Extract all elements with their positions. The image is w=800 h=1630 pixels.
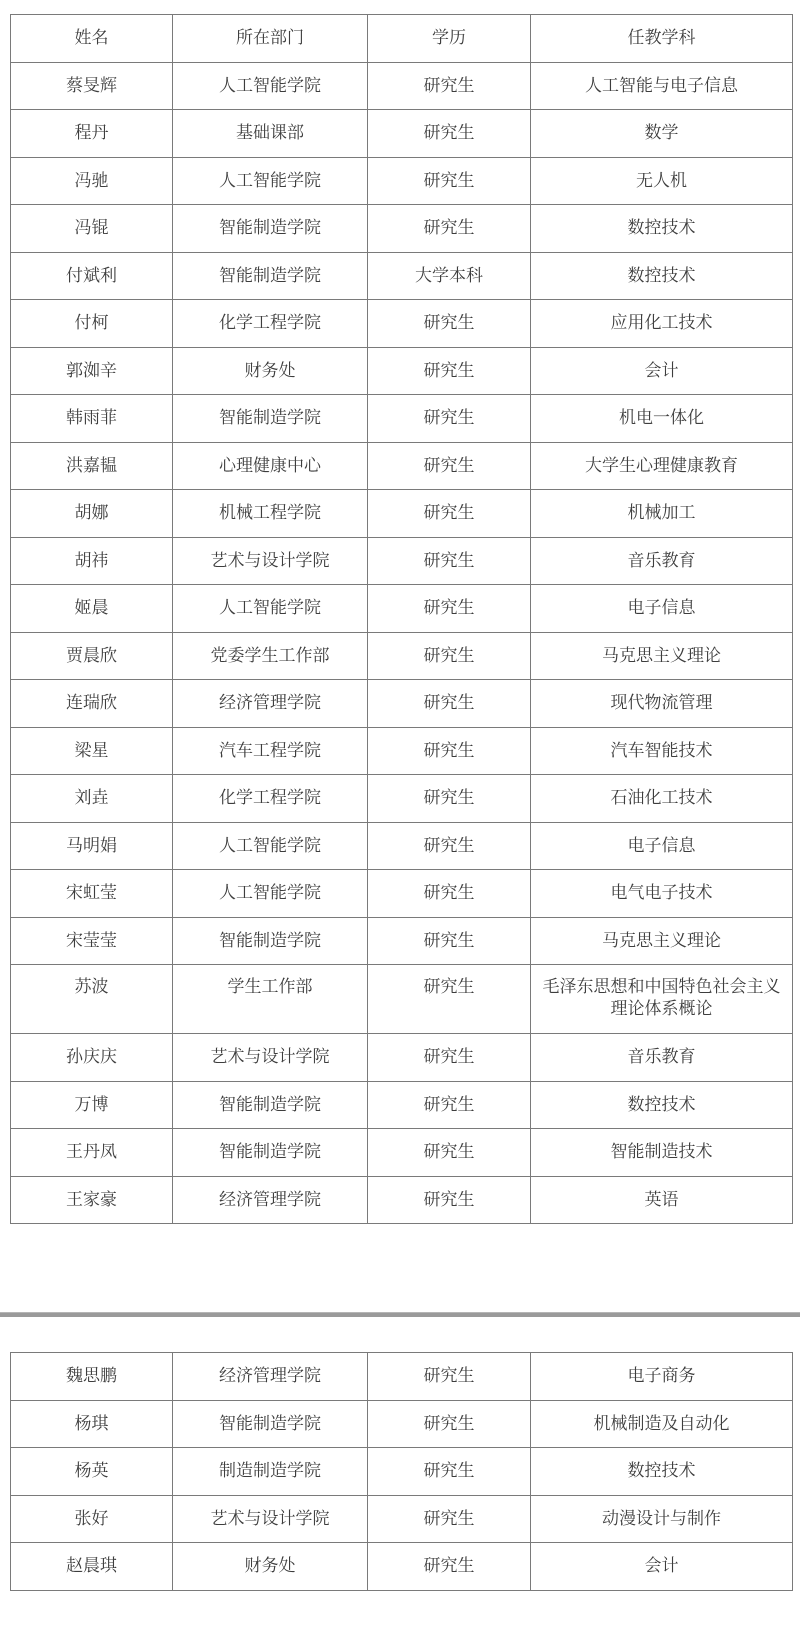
cell-department: 经济管理学院 (173, 1353, 368, 1401)
cell-education: 研究生 (368, 680, 531, 728)
table-row: 张好艺术与设计学院研究生动漫设计与制作 (11, 1495, 793, 1543)
table-row: 马明娟人工智能学院研究生电子信息 (11, 822, 793, 870)
cell-education: 研究生 (368, 1176, 531, 1224)
cell-department: 人工智能学院 (173, 822, 368, 870)
cell-education: 研究生 (368, 205, 531, 253)
cell-department: 心理健康中心 (173, 442, 368, 490)
table-header-row: 姓名 所在部门 学历 任教学科 (11, 15, 793, 63)
cell-subject: 汽车智能技术 (531, 727, 793, 775)
table-row: 付斌利智能制造学院大学本科数控技术 (11, 252, 793, 300)
table-row: 韩雨菲智能制造学院研究生机电一体化 (11, 395, 793, 443)
cell-education: 研究生 (368, 917, 531, 965)
cell-education: 研究生 (368, 585, 531, 633)
cell-name: 刘垚 (11, 775, 173, 823)
table-row: 魏思鹏经济管理学院研究生电子商务 (11, 1353, 793, 1401)
cell-name: 冯驰 (11, 157, 173, 205)
cell-subject: 音乐教育 (531, 1034, 793, 1082)
cell-subject: 马克思主义理论 (531, 632, 793, 680)
cell-department: 智能制造学院 (173, 395, 368, 443)
staff-table-page-2: 魏思鹏经济管理学院研究生电子商务杨琪智能制造学院研究生机械制造及自动化杨英制造制… (10, 1352, 793, 1591)
header-education: 学历 (368, 15, 531, 63)
table-row: 胡娜机械工程学院研究生机械加工 (11, 490, 793, 538)
cell-subject: 应用化工技术 (531, 300, 793, 348)
cell-name: 杨琪 (11, 1400, 173, 1448)
cell-name: 冯锟 (11, 205, 173, 253)
cell-department: 财务处 (173, 347, 368, 395)
cell-subject: 会计 (531, 347, 793, 395)
table-row: 贾晨欣党委学生工作部研究生马克思主义理论 (11, 632, 793, 680)
table-row: 郭洳辛财务处研究生会计 (11, 347, 793, 395)
cell-subject: 人工智能与电子信息 (531, 62, 793, 110)
cell-department: 艺术与设计学院 (173, 1034, 368, 1082)
page-divider (0, 1312, 800, 1317)
cell-name: 王家豪 (11, 1176, 173, 1224)
cell-name: 姬晨 (11, 585, 173, 633)
cell-subject: 现代物流管理 (531, 680, 793, 728)
header-subject: 任教学科 (531, 15, 793, 63)
table-row: 万博智能制造学院研究生数控技术 (11, 1081, 793, 1129)
cell-education: 研究生 (368, 1543, 531, 1591)
cell-department: 人工智能学院 (173, 585, 368, 633)
cell-education: 研究生 (368, 1400, 531, 1448)
cell-department: 汽车工程学院 (173, 727, 368, 775)
cell-education: 研究生 (368, 727, 531, 775)
cell-education: 研究生 (368, 395, 531, 443)
table-row: 苏波学生工作部研究生毛泽东思想和中国特色社会主义理论体系概论 (11, 965, 793, 1034)
cell-education: 研究生 (368, 822, 531, 870)
table-row: 宋莹莹智能制造学院研究生马克思主义理论 (11, 917, 793, 965)
cell-education: 研究生 (368, 442, 531, 490)
cell-name: 苏波 (11, 965, 173, 1034)
table-row: 宋虹莹人工智能学院研究生电气电子技术 (11, 870, 793, 918)
header-name: 姓名 (11, 15, 173, 63)
cell-subject: 电子信息 (531, 585, 793, 633)
cell-education: 研究生 (368, 775, 531, 823)
table-row: 刘垚化学工程学院研究生石油化工技术 (11, 775, 793, 823)
table-row: 杨琪智能制造学院研究生机械制造及自动化 (11, 1400, 793, 1448)
cell-name: 连瑞欣 (11, 680, 173, 728)
cell-education: 研究生 (368, 157, 531, 205)
table-row: 蔡旻辉人工智能学院研究生人工智能与电子信息 (11, 62, 793, 110)
cell-education: 研究生 (368, 110, 531, 158)
cell-department: 艺术与设计学院 (173, 537, 368, 585)
cell-name: 赵晨琪 (11, 1543, 173, 1591)
cell-department: 基础课部 (173, 110, 368, 158)
table-row: 王家豪经济管理学院研究生英语 (11, 1176, 793, 1224)
cell-education: 研究生 (368, 62, 531, 110)
cell-subject: 数学 (531, 110, 793, 158)
cell-department: 经济管理学院 (173, 680, 368, 728)
cell-subject: 机械加工 (531, 490, 793, 538)
cell-education: 研究生 (368, 1448, 531, 1496)
table-row: 杨英制造制造学院研究生数控技术 (11, 1448, 793, 1496)
cell-education: 研究生 (368, 300, 531, 348)
cell-name: 宋虹莹 (11, 870, 173, 918)
table-row: 梁星汽车工程学院研究生汽车智能技术 (11, 727, 793, 775)
cell-name: 马明娟 (11, 822, 173, 870)
table-row: 赵晨琪财务处研究生会计 (11, 1543, 793, 1591)
cell-name: 孙庆庆 (11, 1034, 173, 1082)
cell-subject: 电子信息 (531, 822, 793, 870)
cell-department: 智能制造学院 (173, 917, 368, 965)
cell-subject: 音乐教育 (531, 537, 793, 585)
cell-education: 研究生 (368, 870, 531, 918)
table-row: 程丹基础课部研究生数学 (11, 110, 793, 158)
cell-name: 梁星 (11, 727, 173, 775)
cell-subject: 数控技术 (531, 205, 793, 253)
cell-education: 研究生 (368, 1129, 531, 1177)
table-row: 胡祎艺术与设计学院研究生音乐教育 (11, 537, 793, 585)
cell-name: 韩雨菲 (11, 395, 173, 443)
table-body: 魏思鹏经济管理学院研究生电子商务杨琪智能制造学院研究生机械制造及自动化杨英制造制… (11, 1353, 793, 1591)
cell-education: 研究生 (368, 1081, 531, 1129)
table-row: 王丹凤智能制造学院研究生智能制造技术 (11, 1129, 793, 1177)
cell-department: 智能制造学院 (173, 1081, 368, 1129)
cell-department: 智能制造学院 (173, 1129, 368, 1177)
cell-department: 智能制造学院 (173, 252, 368, 300)
staff-table-page-1: 姓名 所在部门 学历 任教学科 蔡旻辉人工智能学院研究生人工智能与电子信息程丹基… (10, 14, 793, 1224)
cell-subject: 动漫设计与制作 (531, 1495, 793, 1543)
cell-subject: 机械制造及自动化 (531, 1400, 793, 1448)
cell-subject: 电子商务 (531, 1353, 793, 1401)
cell-name: 付柯 (11, 300, 173, 348)
cell-department: 学生工作部 (173, 965, 368, 1034)
cell-department: 财务处 (173, 1543, 368, 1591)
cell-subject: 马克思主义理论 (531, 917, 793, 965)
cell-department: 化学工程学院 (173, 300, 368, 348)
cell-education: 研究生 (368, 632, 531, 680)
cell-department: 经济管理学院 (173, 1176, 368, 1224)
cell-name: 王丹凤 (11, 1129, 173, 1177)
table-row: 孙庆庆艺术与设计学院研究生音乐教育 (11, 1034, 793, 1082)
cell-name: 洪嘉韫 (11, 442, 173, 490)
cell-subject: 英语 (531, 1176, 793, 1224)
cell-education: 大学本科 (368, 252, 531, 300)
cell-subject: 数控技术 (531, 252, 793, 300)
cell-education: 研究生 (368, 965, 531, 1034)
cell-education: 研究生 (368, 490, 531, 538)
table-row: 付柯化学工程学院研究生应用化工技术 (11, 300, 793, 348)
cell-name: 贾晨欣 (11, 632, 173, 680)
table-row: 冯锟智能制造学院研究生数控技术 (11, 205, 793, 253)
cell-subject: 数控技术 (531, 1448, 793, 1496)
cell-name: 郭洳辛 (11, 347, 173, 395)
cell-department: 人工智能学院 (173, 62, 368, 110)
header-department: 所在部门 (173, 15, 368, 63)
cell-name: 魏思鹏 (11, 1353, 173, 1401)
table-row: 连瑞欣经济管理学院研究生现代物流管理 (11, 680, 793, 728)
cell-subject: 数控技术 (531, 1081, 793, 1129)
table-row: 姬晨人工智能学院研究生电子信息 (11, 585, 793, 633)
cell-name: 蔡旻辉 (11, 62, 173, 110)
cell-subject: 无人机 (531, 157, 793, 205)
cell-name: 杨英 (11, 1448, 173, 1496)
cell-department: 人工智能学院 (173, 157, 368, 205)
cell-education: 研究生 (368, 537, 531, 585)
cell-department: 智能制造学院 (173, 205, 368, 253)
cell-education: 研究生 (368, 1353, 531, 1401)
cell-subject: 石油化工技术 (531, 775, 793, 823)
cell-department: 人工智能学院 (173, 870, 368, 918)
table-row: 冯驰人工智能学院研究生无人机 (11, 157, 793, 205)
cell-name: 胡祎 (11, 537, 173, 585)
cell-department: 化学工程学院 (173, 775, 368, 823)
cell-department: 艺术与设计学院 (173, 1495, 368, 1543)
cell-name: 宋莹莹 (11, 917, 173, 965)
table-row: 洪嘉韫心理健康中心研究生大学生心理健康教育 (11, 442, 793, 490)
cell-subject: 会计 (531, 1543, 793, 1591)
cell-subject: 毛泽东思想和中国特色社会主义理论体系概论 (531, 965, 793, 1034)
cell-education: 研究生 (368, 1495, 531, 1543)
cell-education: 研究生 (368, 347, 531, 395)
cell-name: 万博 (11, 1081, 173, 1129)
cell-department: 党委学生工作部 (173, 632, 368, 680)
cell-department: 机械工程学院 (173, 490, 368, 538)
cell-subject: 智能制造技术 (531, 1129, 793, 1177)
table-body: 蔡旻辉人工智能学院研究生人工智能与电子信息程丹基础课部研究生数学冯驰人工智能学院… (11, 62, 793, 1224)
cell-education: 研究生 (368, 1034, 531, 1082)
cell-name: 程丹 (11, 110, 173, 158)
cell-department: 智能制造学院 (173, 1400, 368, 1448)
cell-name: 张好 (11, 1495, 173, 1543)
cell-subject: 电气电子技术 (531, 870, 793, 918)
cell-name: 付斌利 (11, 252, 173, 300)
cell-subject: 大学生心理健康教育 (531, 442, 793, 490)
cell-name: 胡娜 (11, 490, 173, 538)
cell-department: 制造制造学院 (173, 1448, 368, 1496)
cell-subject: 机电一体化 (531, 395, 793, 443)
